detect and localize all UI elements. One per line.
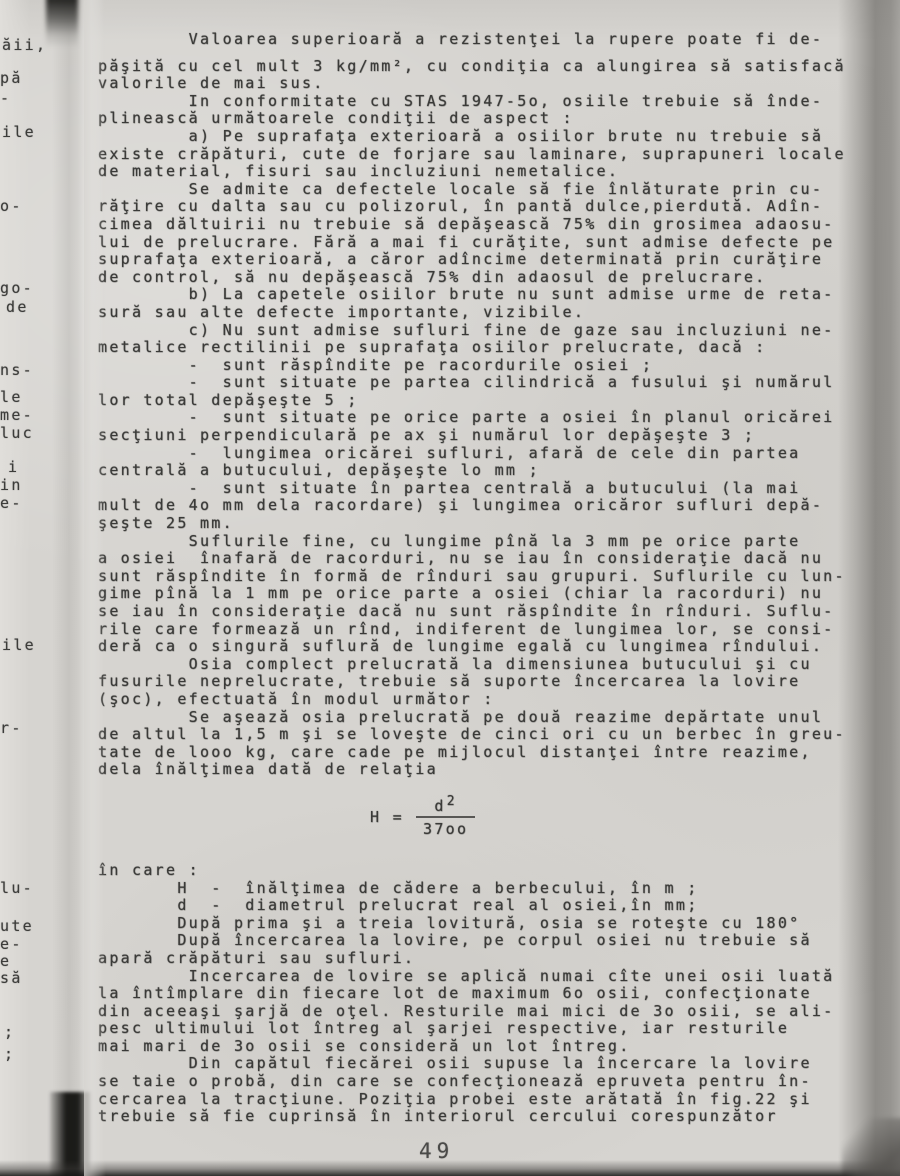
text-line: şeşte 25 mm. [98,515,858,533]
margin-fragment: r- [0,720,23,738]
text-line: la întîmplare din fiecare lot de maximum… [98,985,858,1003]
scanned-page: ăii,pă-ileo-go-dens-leme-luciine-iler-lu… [0,0,900,1176]
text-line: Se aşează osia prelucrată pe două reazim… [98,709,858,727]
text-line: sură sau alte defecte importante, vizibi… [98,304,858,322]
text-line: deră ca o singură suflură de lungime ega… [98,638,858,656]
margin-fragment: ile [2,124,36,142]
text-block-lower: în care : H - înălţimea de cădere a berb… [98,862,858,1126]
text-line: răţire cu dalta sau cu polizorul, în pan… [98,198,858,216]
text-line: mai mari de 3o osii se consideră un lot … [98,1038,858,1056]
page-curve-fade [84,0,106,1176]
text-line: d - diametrul prelucrat real al osiei,în… [98,897,858,915]
text-line: b) La capetele osiilor brute nu sunt adm… [98,286,858,304]
text-line: a osiei înafară de racorduri, nu se iau … [98,550,858,568]
text-line: plinească următoarele condiţii de aspect… [98,110,858,128]
text-line: H - înălţimea de cădere a berbecului, în… [98,880,858,898]
margin-fragment: e [0,953,11,971]
margin-fragment: luc [0,425,34,443]
formula-exponent: 2 [447,794,457,809]
text-line: de control, să nu depăşească 75% din ada… [98,269,858,287]
text-line: gime pînă la 1 mm pe orice parte a osiei… [98,585,858,603]
text-line: După încercarea la lovire, pe corpul osi… [98,932,858,950]
margin-fragment: ute [0,918,34,936]
text-line: sunt răspîndite în formă de rînduri sau … [98,568,858,586]
text-line: In conformitate cu STAS 1947-5o, osiile … [98,93,858,111]
text-line: Valoarea superioară a rezistenţei la rup… [98,31,858,49]
text-line: Osia complect prelucrată la dimensiunea … [98,656,858,674]
page-text: Valoarea superioară a rezistenţei la rup… [98,31,858,1126]
text-line: Incercarea de lovire se aplică numai cît… [98,968,858,986]
text-line: a) Pe suprafaţa exterioară a osiilor bru… [98,128,858,146]
text-line: cercarea la tracţiune. Poziţia probei es… [98,1091,858,1109]
text-line: valorile de mai sus. [98,75,858,93]
margin-fragment: e- [0,495,23,513]
margin-fragment: go- [0,280,34,298]
margin-fragment: ; [4,1046,15,1064]
margin-fragment: de [6,299,29,317]
margin-fragment: ns- [0,362,34,380]
text-line: (şoc), efectuată în modul următor : [98,691,858,709]
formula-numerator: d2 [430,797,460,816]
bottom-edge-shadow [0,1160,900,1176]
text-line: trebuie să fie cuprinsă în interiorul ce… [98,1108,858,1126]
text-block-upper: Valoarea superioară a rezistenţei la rup… [98,31,858,779]
spine-shadow [838,0,900,1176]
formula-fraction: d2 37oo [416,797,475,838]
text-line: cimea dăltuirii nu trebuie să depăşească… [98,216,858,234]
text-line: din aceeaşi şarjă de oţel. Resturile mai… [98,1003,858,1021]
formula-lhs: H = [370,808,404,826]
text-line: Suflurile fine, cu lungime pînă la 3 mm … [98,533,858,551]
margin-fragment: ile [2,637,36,655]
margin-fragment: pă [0,70,23,88]
formula-denominator: 37oo [416,816,475,838]
formula-numerator-base: d [434,797,445,815]
text-line: c) Nu sunt admise sufluri fine de gaze s… [98,322,858,340]
margin-fragment: me- [0,407,34,425]
text-line: metalice rectilinii pe suprafaţa osiilor… [98,339,858,357]
text-line: păşită cu cel mult 3 kg/mm², cu condiţia… [98,58,858,76]
text-line: fusurile neprelucrate, trebuie să suport… [98,673,858,691]
margin-fragment: - [0,90,11,108]
text-line: - sunt situate în partea centrală a butu… [98,480,858,498]
facing-page-edge [0,0,30,1176]
text-line: tate de looo kg, care cade pe mijlocul d… [98,744,858,762]
text-line: dela înălţimea dată de relaţia [98,761,858,779]
margin-fragment: in [0,477,23,495]
text-line: secţiuni perpendiculară pe ax şi numărul… [98,427,858,445]
text-line: existe crăpături, cute de forjare sau la… [98,146,858,164]
margin-fragment: le [0,389,23,407]
margin-fragment: ; [4,1024,15,1042]
margin-fragment: i [8,459,19,477]
text-line: suprafaţa exterioară, a căror adîncime d… [98,251,858,269]
text-line: mult de 4o mm dela racordare) şi lungime… [98,497,858,515]
text-line: - sunt situate pe orice parte a osiei în… [98,409,858,427]
margin-fragment: e- [0,936,23,954]
text-line: se iau în consideraţie dacă nu sunt răsp… [98,603,858,621]
text-line: - lungimea oricărei sufluri, afară de ce… [98,445,858,463]
text-line: de altul la 1,5 m şi se loveşte de cinci… [98,726,858,744]
text-line: lui de prelucrare. Fără a mai fi curăţit… [98,234,858,252]
text-line: După prima şi a treia lovitură, osia se … [98,915,858,933]
formula-wrap: H = d2 37oo [370,797,475,838]
margin-fragment: o- [0,198,23,216]
text-line: se taie o probă, din care se confecţione… [98,1073,858,1091]
text-line: Din capătul fiecărei osii supuse la înce… [98,1055,858,1073]
text-line: pesc ultimului lot întreg al şarjei resp… [98,1020,858,1038]
text-line: - sunt situate pe partea cilindrică a fu… [98,374,858,392]
margin-fragment: lu- [0,880,34,898]
text-line: rile care formează un rînd, indiferent d… [98,621,858,639]
text-line: Se admite ca defectele locale să fie înl… [98,181,858,199]
text-line: lor total depăşeşte 5 ; [98,392,858,410]
text-line: de material, fisuri sau incluziuni nemet… [98,163,858,181]
top-left-ink-smudge [46,0,78,48]
margin-fragment: să [0,970,23,988]
text-line: în care : [98,862,858,880]
text-line: apară crăpături sau sufluri. [98,950,858,968]
formula: H = d2 37oo [98,779,858,862]
text-line: centrală a butucului, depăşeşte lo mm ; [98,462,858,480]
text-line: - sunt răspîndite pe racordurile osiei ; [98,357,858,375]
margin-fragment: ăii, [2,37,47,55]
